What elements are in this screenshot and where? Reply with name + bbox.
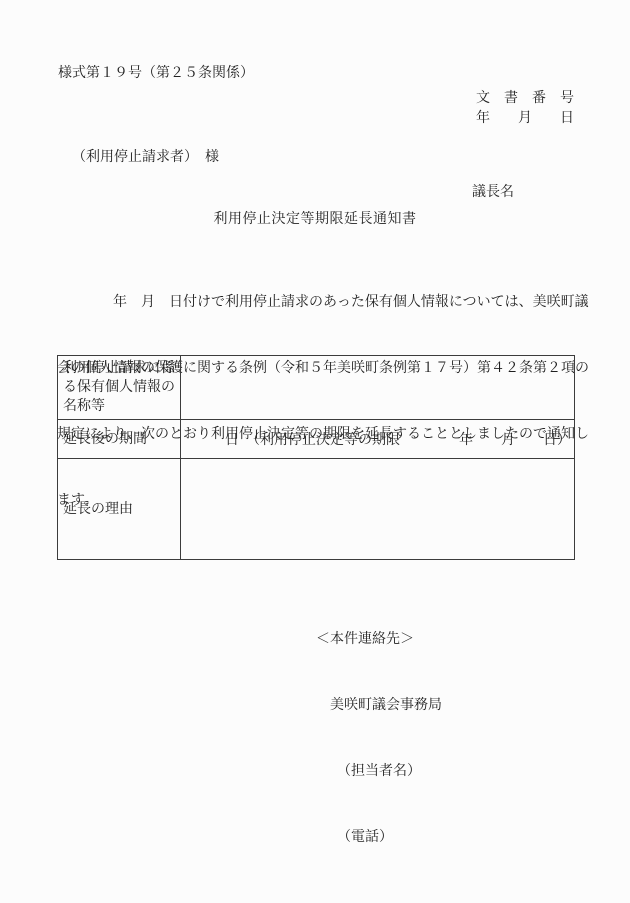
sender-name: 議長名 bbox=[472, 181, 514, 201]
contact-person: （担当者名） bbox=[337, 761, 442, 783]
form-number: 様式第１９号（第２５条関係） bbox=[58, 62, 254, 82]
table-row-held-info-name: 利用停止請求に係る保有個人情報の名称等 bbox=[58, 356, 574, 419]
row-value-extended-period: 日 （利用停止決定等の期限 年 月 日） bbox=[181, 420, 574, 458]
contact-phone: （電話） bbox=[337, 827, 442, 849]
table-row-extension-reason: 延長の理由 bbox=[58, 458, 574, 559]
row-label-extension-reason: 延長の理由 bbox=[58, 459, 181, 559]
row-value-extension-reason bbox=[181, 459, 574, 559]
row-label-held-info-name: 利用停止請求に係る保有個人情報の名称等 bbox=[58, 356, 181, 419]
body-line: 年 月 日付けで利用停止請求のあった保有個人情報については、美咲町議 bbox=[57, 292, 579, 314]
info-table: 利用停止請求に係る保有個人情報の名称等 延長後の期間 日 （利用停止決定等の期限… bbox=[57, 355, 575, 560]
row-value-held-info-name bbox=[181, 356, 574, 419]
table-row-extended-period: 延長後の期間 日 （利用停止決定等の期限 年 月 日） bbox=[58, 419, 574, 458]
contact-block: ＜本件連絡先＞ 美咲町議会事務局 （担当者名） （電話） bbox=[316, 585, 442, 893]
addressee-line: （利用停止請求者） 様 bbox=[72, 146, 219, 166]
period-days-text: 日 （利用停止決定等の期限 bbox=[225, 429, 400, 449]
contact-office: 美咲町議会事務局 bbox=[330, 695, 442, 717]
document-number-label: 文 書 番 号 bbox=[476, 87, 574, 107]
row-label-extended-period: 延長後の期間 bbox=[58, 420, 181, 458]
period-deadline-date: 年 月 日） bbox=[459, 429, 571, 449]
contact-heading: ＜本件連絡先＞ bbox=[316, 629, 442, 651]
document-page: 様式第１９号（第２５条関係） 文 書 番 号 年 月 日 （利用停止請求者） 様… bbox=[0, 0, 630, 903]
document-title: 利用停止決定等期限延長通知書 bbox=[0, 208, 630, 228]
date-line: 年 月 日 bbox=[476, 107, 574, 127]
